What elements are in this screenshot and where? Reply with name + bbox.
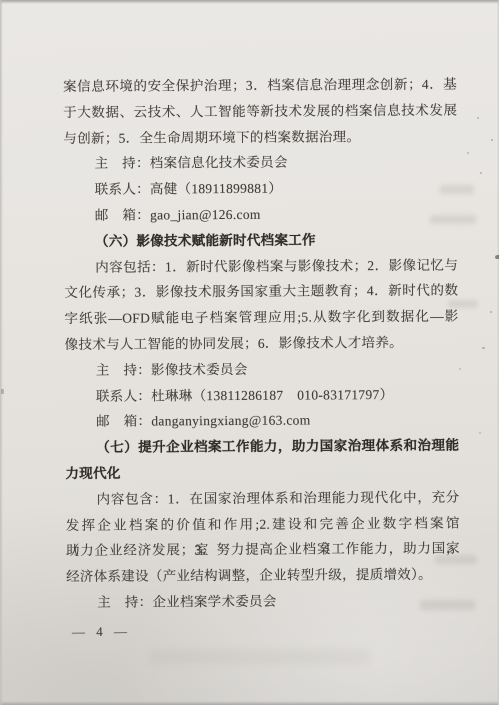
body-text-line: 主 持：档案信息化技术委员会	[63, 149, 457, 177]
ink-speck	[480, 172, 482, 174]
scanned-document-page: 案信息环境的安全保护治理；3．档案信息治理理念创新；4．基于大数据、云技术、人工…	[0, 0, 499, 705]
body-text-line: 内容包括：1．新时代影像档案与影像技术；2．影像记忆与	[64, 252, 458, 280]
ink-speck	[477, 117, 479, 119]
body-text-line: 发挥企业档案的价值和作用;2.建设和完善企业数字档案馆（室），	[66, 510, 460, 538]
body-text-line: 主 持：企业档案学术委员会	[66, 588, 460, 616]
body-text-line: 于大数据、云技术、人工智能等新技术发展的档案信息技术发展	[63, 97, 457, 125]
photo-edge-bottom	[0, 701, 499, 705]
photo-edge-left	[0, 0, 3, 705]
ink-speck	[482, 347, 485, 349]
body-text-line: 邮 箱：danganyingxiang@163.com	[65, 407, 459, 435]
paper-shadow	[150, 650, 370, 664]
body-text-line: 像技术与人工智能的协同发展；6．影像技术人才培养。	[65, 330, 459, 358]
body-text-line: 与创新；5．全生命周期环境下的档案数据治理。	[63, 123, 457, 151]
body-text-line: 文化传承；3．影像技术服务国家重大主题教育；4．新时代的数	[64, 278, 458, 306]
body-text-line: 案信息环境的安全保护治理；3．档案信息治理理念创新；4．基	[63, 72, 457, 100]
section-heading-line: （六）影像技术赋能新时代档案工作	[64, 226, 458, 254]
body-text-line: 助力企业经济发展；3．努力提高企业档案工作能力，助力国家	[66, 536, 460, 564]
body-text-line: 邮 箱：gao_jian@126.com	[64, 201, 458, 229]
body-text-line: 联系人：杜琳琳（13811286187 010-83171797）	[65, 381, 459, 409]
document-text-body: 案信息环境的安全保护治理；3．档案信息治理理念创新；4．基于大数据、云技术、人工…	[63, 72, 460, 616]
section-heading-line: （七）提升企业档案工作能力，助力国家治理体系和治理能	[65, 433, 459, 461]
ink-speck	[495, 255, 499, 259]
section-heading-line: 力现代化	[65, 459, 459, 487]
body-text-line: 经济体系建设（产业结构调整，企业转型升级，提质增效）。	[66, 562, 460, 590]
ink-speck	[490, 311, 492, 313]
ink-speck	[467, 152, 469, 154]
body-text-line: 主 持：影像技术委员会	[65, 355, 459, 383]
ink-speck	[479, 432, 481, 434]
ink-speck	[459, 368, 461, 370]
body-text-line: 联系人：高健（18911899881）	[64, 175, 458, 203]
photo-edge-top	[0, 0, 499, 4]
ink-speck	[1, 389, 4, 394]
body-text-line: 内容包含：1．在国家治理体系和治理能力现代化中，充分	[66, 484, 460, 512]
body-text-line: 字纸张—OFD赋能电子档案管理应用;5.从数字化到数据化—影	[64, 304, 458, 332]
ink-speck	[491, 139, 493, 141]
page-number: — 4 —	[72, 624, 131, 641]
